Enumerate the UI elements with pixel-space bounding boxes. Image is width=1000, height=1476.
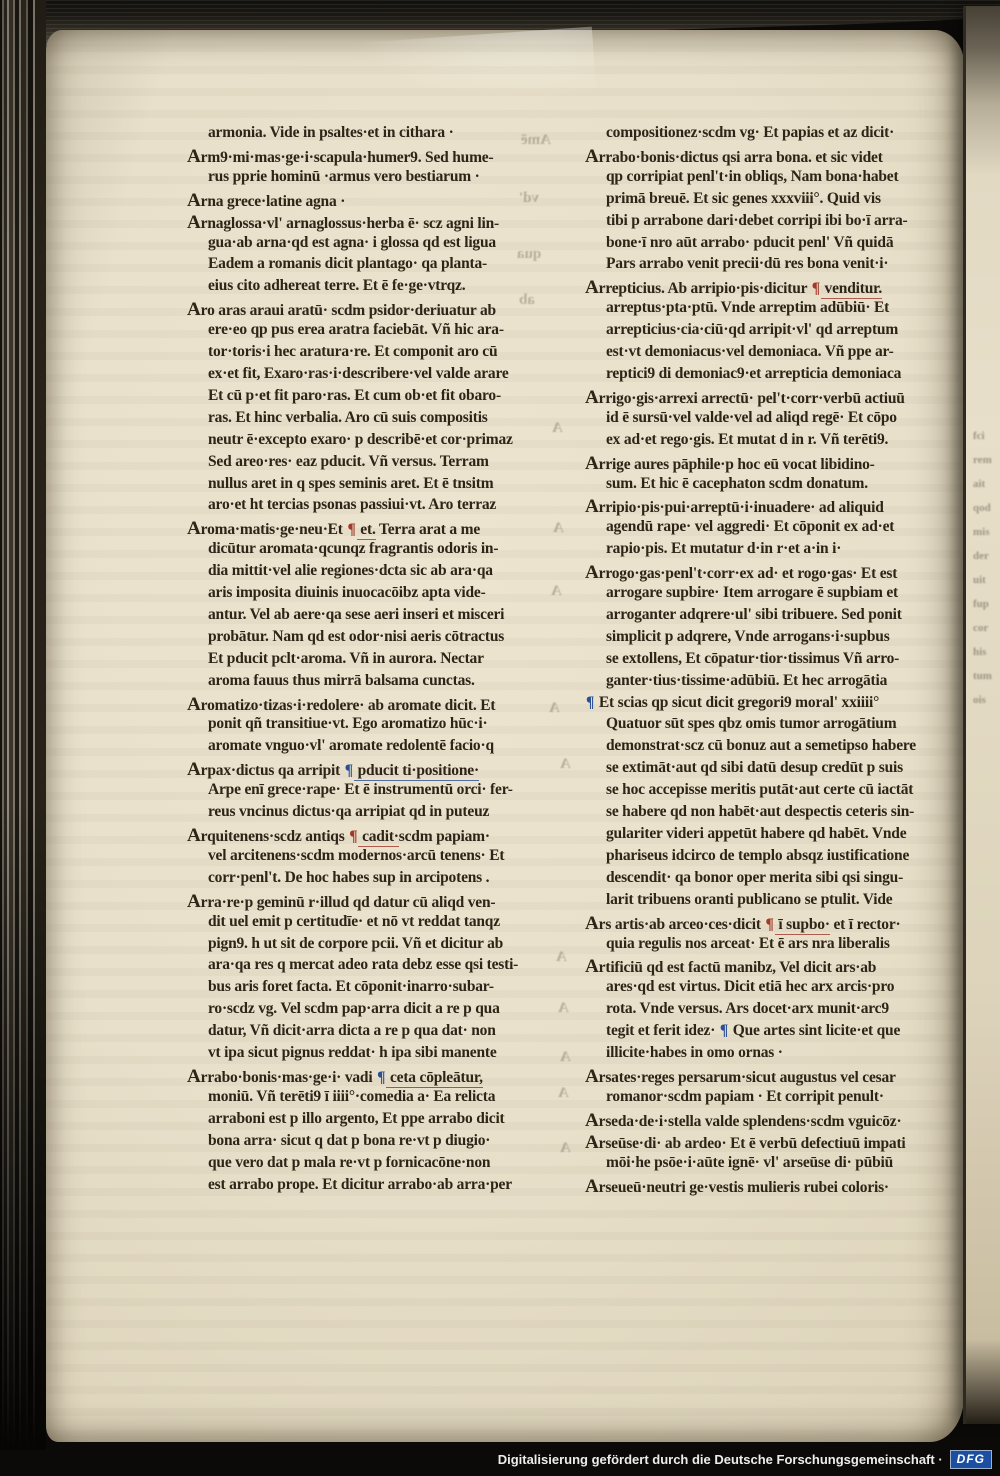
text-line: bus aris foret facta. Et cōponit·inarro·… xyxy=(187,978,553,1000)
text-line: dia mittit·vel alie regiones·dcta sic ab… xyxy=(187,562,553,584)
text-line: est arrabo prope. Et dicitur arrabo·ab a… xyxy=(187,1176,553,1198)
bleed-text-line: fup xyxy=(973,592,1000,616)
text-line: Ars artis·ab arceo·ces·dicit ¶ ī supbo· … xyxy=(585,913,963,935)
text-line: Arrogo·gas·penl't·corr·ex ad· et rogo·ga… xyxy=(585,562,963,584)
text-line: Arrigo·gis·arrexi arrectū· pel't·corr·ve… xyxy=(585,387,963,409)
show-through-mark: Amē xyxy=(521,132,551,149)
bleed-text-line: uit xyxy=(973,568,1000,592)
text-line: Artificiū qd est factū manibz, Vel dicit… xyxy=(585,956,963,978)
text-line: vel arcitenens·scdm modernos·arcū tenens… xyxy=(187,847,553,869)
text-line: Arseueū·neutri ge·vestis mulieris rubei … xyxy=(585,1176,963,1198)
bleed-text-line: ois xyxy=(973,688,1000,712)
text-line: corr·penl't. De hoc habes sup in arcipot… xyxy=(187,869,553,891)
bleed-text-line: qod xyxy=(973,496,1000,520)
text-line: Arrepticius. Ab arripio·pis·dicitur ¶ ve… xyxy=(585,277,963,299)
text-line: Arripio·pis·pui·arreptū·i·inuadere· ad a… xyxy=(585,496,963,518)
rubric-underlined-text: et. xyxy=(357,521,376,540)
text-line: Arna grece·latine agna · xyxy=(187,190,553,212)
show-through-mark: A xyxy=(549,700,560,717)
text-line: quia regulis nos arceat· Et ē ars nra li… xyxy=(585,935,963,957)
text-line: Arnaglossa·vl' arnaglossus·herba ē· scz … xyxy=(187,212,553,234)
text-column-right: compositionez·scdm vg· Et papias et az d… xyxy=(585,124,963,1197)
text-line: se habere qd non habēt·aut despectis cet… xyxy=(585,803,963,825)
rubric-pilcrow: ¶ xyxy=(349,828,357,845)
text-line: tibi p arrabone dari·debet corripi ibi b… xyxy=(585,212,963,234)
text-line: probātur. Nam qd est odor·nisi aeris cōt… xyxy=(187,628,553,650)
rubric-pilcrow: ¶ xyxy=(347,521,355,538)
text-line: aro·et ht tercias psonas passiui·vt. Aro… xyxy=(187,496,553,518)
text-line: Aro aras araui aratū· scdm psidor·deriua… xyxy=(187,299,553,321)
next-page-edge: fciremaitqodmisderuitfupcorhistumois xyxy=(963,6,1000,1424)
text-line: se extollens, Et cōpatur·tior·tissimus V… xyxy=(585,650,963,672)
text-line: qp corripiat penl't·in obliqs, Nam bona·… xyxy=(585,168,963,190)
text-line: ere·eo qp pus erea aratra faciebāt. Vñ h… xyxy=(187,321,553,343)
rubric-underlined-text: cadit· xyxy=(358,828,398,847)
text-line: Arm9·mi·mas·ge·i·scapula·humer9. Sed hum… xyxy=(187,146,553,168)
text-line: neutr ē·excepto exaro· p describē·et cor… xyxy=(187,431,553,453)
show-through-mark: A xyxy=(556,949,567,966)
text-line: Arsates·reges persarum·sicut augustus ve… xyxy=(585,1066,963,1088)
text-line: vt ipa sicut pignus reddat· h ipa sibi m… xyxy=(187,1044,553,1066)
rubric-pilcrow: ¶ xyxy=(586,694,594,711)
text-line: se hoc accepisse meritis putāt·aut certe… xyxy=(585,781,963,803)
text-line: tor·toris·i hec aratura·re. Et componit … xyxy=(187,343,553,365)
text-line: rus pprie hominū ·armus vero bestiarum · xyxy=(187,168,553,190)
show-through-mark: vd' xyxy=(519,190,539,207)
bleed-text-line: der xyxy=(973,544,1000,568)
text-line: compositionez·scdm vg· Et papias et az d… xyxy=(585,124,963,146)
text-line: Arrabo·bonis·mas·ge·i· vadi ¶ ceta cōple… xyxy=(187,1066,553,1088)
text-line: dicūtur aromata·qcunqz fragrantis odoris… xyxy=(187,540,553,562)
bleed-text-line: fci xyxy=(973,424,1000,448)
show-through-mark: A xyxy=(553,520,564,537)
text-line: ares·qd est virtus. Dicit etiā hec arx a… xyxy=(585,978,963,1000)
text-line: Arpe enī grece·rape· Et ē instrumentū or… xyxy=(187,781,553,803)
text-line: que vero dat p mala re·vt p fornicacōne·… xyxy=(187,1154,553,1176)
text-line: Arseūse·di· ab ardeo· Et ē verbū defecti… xyxy=(585,1132,963,1154)
text-line: illicite·habes in omo ornas · xyxy=(585,1044,963,1066)
text-line: dit uel emit p certitudīe· et nō vt redd… xyxy=(187,913,553,935)
text-line: Et cū p·et fit paro·ras. Et cum ob·et fi… xyxy=(187,387,553,409)
show-through-mark: qua xyxy=(517,246,541,263)
book-left-page-edges xyxy=(0,0,46,1450)
show-through-mark: A xyxy=(560,756,571,773)
text-line: Et pducit pclt·aroma. Vñ in aurora. Nect… xyxy=(187,650,553,672)
text-line: Sed areo·res· eaz pducit. Vñ versus. Ter… xyxy=(187,453,553,475)
footer-bar: Digitalisierung gefördert durch die Deut… xyxy=(0,1442,1000,1476)
text-line: tegit et ferit idez· ¶ Que artes sint li… xyxy=(585,1022,963,1044)
text-line: Arrabo·bonis·dictus qsi arra bona. et si… xyxy=(585,146,963,168)
show-through-mark: A xyxy=(560,1049,571,1066)
rubric-pilcrow: ¶ xyxy=(720,1022,728,1039)
text-line: larit tribuens oranti publicano se ptuli… xyxy=(585,891,963,913)
text-line: ro·scdz vg. Vel scdm pap·arra dicit a re… xyxy=(187,1000,553,1022)
show-through-mark: A xyxy=(551,583,562,600)
text-line: Aroma·matis·ge·neu·Et ¶ et. Terra arat a… xyxy=(187,518,553,540)
text-line: Aromatizo·tizas·i·redolere· ab aromate d… xyxy=(187,694,553,716)
text-line: rapio·pis. Et mutatur d·in r·et a·in i· xyxy=(585,540,963,562)
text-line: aris imposita diuinis inuocacōibz apta v… xyxy=(187,584,553,606)
text-line: demonstrat·scz cū bonuz aut a semetipso … xyxy=(585,737,963,759)
bleed-text-line: rem xyxy=(973,448,1000,472)
text-line: Pars arrabo venit precii·dū res bona ven… xyxy=(585,255,963,277)
text-line: armonia. Vide in psaltes·et in cithara · xyxy=(187,124,553,146)
text-line: primā breuē. Et sic genes xxxviii°. Quid… xyxy=(585,190,963,212)
bleed-text-line: mis xyxy=(973,520,1000,544)
text-line: Arpax·dictus qa arripit ¶ pducit ti·posi… xyxy=(187,759,553,781)
rubric-underlined-text: ceta cōpleātur, xyxy=(386,1069,483,1088)
text-line: ex ad·et rego·gis. Et mutat d in r. Vñ t… xyxy=(585,431,963,453)
text-line: antur. Vel ab aere·qa sese aeri inseri e… xyxy=(187,606,553,628)
text-line: arrogare supbire· Item arrogare ē supbia… xyxy=(585,584,963,606)
text-line: gulariter videri appetūt habere qd habēt… xyxy=(585,825,963,847)
text-line: romanor·scdm papiam · Et corripit penult… xyxy=(585,1088,963,1110)
bleed-text-line: cor xyxy=(973,616,1000,640)
bleed-text-line: tum xyxy=(973,664,1000,688)
text-line: phariseus idcirco de templo absqz iustif… xyxy=(585,847,963,869)
text-line: Arquitenens·scdz antiqs ¶ cadit·scdm pap… xyxy=(187,825,553,847)
rubric-underlined-text: pducit ti·positione· xyxy=(354,762,479,781)
text-line: bona arra· sicut q dat p bona re·vt p di… xyxy=(187,1132,553,1154)
bleed-text-line: ait xyxy=(973,472,1000,496)
text-line: est·vt demoniacus·vel demoniaca. Vñ ppe … xyxy=(585,343,963,365)
book-scan: armonia. Vide in psaltes·et in cithara ·… xyxy=(0,0,1000,1476)
text-line: pign9. h ut sit de corpore pcii. Vñ et d… xyxy=(187,935,553,957)
text-line: ¶ Et scias qp sicut dicit gregori9 moral… xyxy=(585,694,963,716)
text-line: arroganter adqrere·ul' sibi tribuere. Se… xyxy=(585,606,963,628)
bleed-text-line: his xyxy=(973,640,1000,664)
text-line: ponit qñ transitiue·vt. Ego aromatizo hū… xyxy=(187,715,553,737)
text-line: Arrige aures pāphile·p hoc eū vocat libi… xyxy=(585,453,963,475)
text-line: reus vncinus dictus·qa arripiat qd in pu… xyxy=(187,803,553,825)
rubric-underlined-text: ī supbo· xyxy=(775,916,830,935)
text-line: moniū. Vñ terēti9 ī iiii°·comedia a· Ea … xyxy=(187,1088,553,1110)
text-line: agendū rape· vel aggredi· Et cōponit ex … xyxy=(585,518,963,540)
text-line: se extimāt·aut qd sibi datū desup credūt… xyxy=(585,759,963,781)
rubric-underlined-text: venditur. xyxy=(821,280,882,299)
text-line: ras. Et hinc verbalia. Aro cū suis compo… xyxy=(187,409,553,431)
rubric-pilcrow: ¶ xyxy=(766,916,774,933)
text-line: descendit· qa bonor oper merita sibi qsi… xyxy=(585,869,963,891)
dfg-logo: DFG xyxy=(950,1450,992,1469)
text-line: Arseda·de·i·stella valde splendens·scdm … xyxy=(585,1110,963,1132)
text-line: aromate vnguo·vl' aromate redolentē faci… xyxy=(187,737,553,759)
rubric-pilcrow: ¶ xyxy=(812,280,820,297)
text-line: ara·qa res q mercat adeo rata debz esse … xyxy=(187,956,553,978)
text-line: eius cito adhereat terre. Et ē fe·ge·vtr… xyxy=(187,277,553,299)
text-line: arreptus·pta·ptū. Vnde arreptim adūbiū· … xyxy=(585,299,963,321)
text-line: bone·ī nro aūt arrabo· pducit penl' Vñ q… xyxy=(585,234,963,256)
text-line: nullus aret in q spes seminis aret. Et ē… xyxy=(187,475,553,497)
rubric-pilcrow: ¶ xyxy=(377,1069,385,1086)
show-through-mark: A xyxy=(560,1140,571,1157)
text-line: arraboni est p illo argento, Et ppe arra… xyxy=(187,1110,553,1132)
text-line: mōi·he psōe·i·aūte ignē· vl' arseūse di·… xyxy=(585,1154,963,1176)
text-line: datur, Vñ dicit·arra dicta a re p qua da… xyxy=(187,1022,553,1044)
show-through-mark: A xyxy=(552,420,563,437)
text-line: ganter·tius·tissime·adūbiū. Et hec arrog… xyxy=(585,672,963,694)
text-line: gua·ab arna·qd est agna· i glossa qd est… xyxy=(187,234,553,256)
show-through-mark: A xyxy=(558,1085,569,1102)
next-page-bleed-text: fciremaitqodmisderuitfupcorhistumois xyxy=(973,424,1000,712)
text-line: Arra·re·p geminū r·illud qd datur cū ali… xyxy=(187,891,553,913)
show-through-mark: ab xyxy=(519,292,535,309)
text-line: id ē sursū·vel valde·vel ad aliqd regē· … xyxy=(585,409,963,431)
text-line: aroma fauus thus mirrā balsama cunctas. xyxy=(187,672,553,694)
text-line: Quatuor sūt spes qbz omis tumor arrogāti… xyxy=(585,715,963,737)
text-line: rota. Vnde versus. Ars docet·arx munit·a… xyxy=(585,1000,963,1022)
text-line: arrepticius·cia·ciū·qd arripit·vl' qd ar… xyxy=(585,321,963,343)
text-line: reptici9 di demoniac9·et arrepticia demo… xyxy=(585,365,963,387)
footer-credit: Digitalisierung gefördert durch die Deut… xyxy=(498,1452,943,1467)
text-line: sum. Et hic ē cacephaton scdm donatum. xyxy=(585,475,963,497)
text-line: ex·et fit, Exaro·ras·i·describere·vel va… xyxy=(187,365,553,387)
text-column-left: armonia. Vide in psaltes·et in cithara ·… xyxy=(187,124,553,1197)
rubric-pilcrow: ¶ xyxy=(345,762,353,779)
show-through-mark: A xyxy=(558,1000,569,1017)
text-line: simplicit p adqrere, Vnde arrogans·i·sup… xyxy=(585,628,963,650)
text-line: Eadem a romanis dicit plantago· qa plant… xyxy=(187,255,553,277)
